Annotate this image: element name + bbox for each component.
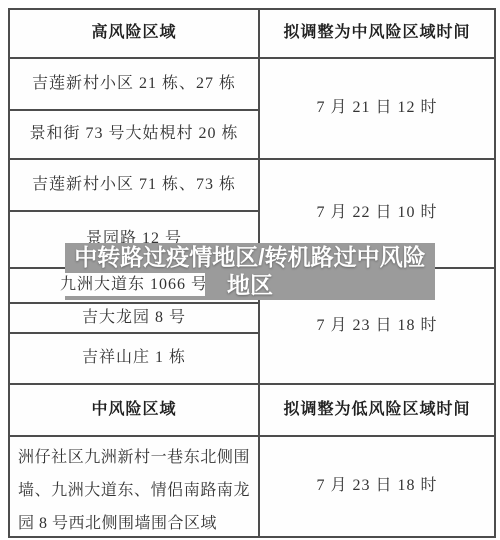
high-risk-header-cell: 高风险区域 bbox=[10, 10, 260, 59]
area-cell: 吉大龙园 8 号 bbox=[10, 304, 260, 334]
area-cell: 吉祥山庄 1 栋 bbox=[10, 334, 260, 385]
area-cell: 洲仔社区九洲新村一巷东北侧围墙、九洲大道东、情侣南路南龙园 8 号西北侧围墙围合… bbox=[10, 437, 260, 536]
area-cell: 吉莲新村小区 71 栋、73 栋 bbox=[10, 160, 260, 212]
adjust-to-low-time-header-cell: 拟调整为低风险区域时间 bbox=[260, 385, 494, 437]
area-cell: 景和街 73 号大姑梘村 20 栋 bbox=[10, 111, 260, 160]
area-text: 洲仔社区九洲新村一巷东北侧围墙、九洲大道东、情侣南路南龙园 8 号西北侧围墙围合… bbox=[18, 441, 250, 540]
time-cell: 7 月 23 日 18 时 bbox=[260, 437, 494, 536]
risk-area-notice: { "overlay": { "title_line1": "中转路过疫情地区/… bbox=[0, 0, 500, 540]
time-cell: 7 月 21 日 12 时 bbox=[260, 59, 494, 160]
medium-risk-header-cell: 中风险区域 bbox=[10, 385, 260, 437]
banner-title-line1: 中转路过疫情地区/转机路过中风险 bbox=[65, 243, 435, 271]
area-cell: 吉莲新村小区 21 栋、27 栋 bbox=[10, 59, 260, 111]
adjust-to-medium-time-header-cell: 拟调整为中风险区域时间 bbox=[260, 10, 494, 59]
